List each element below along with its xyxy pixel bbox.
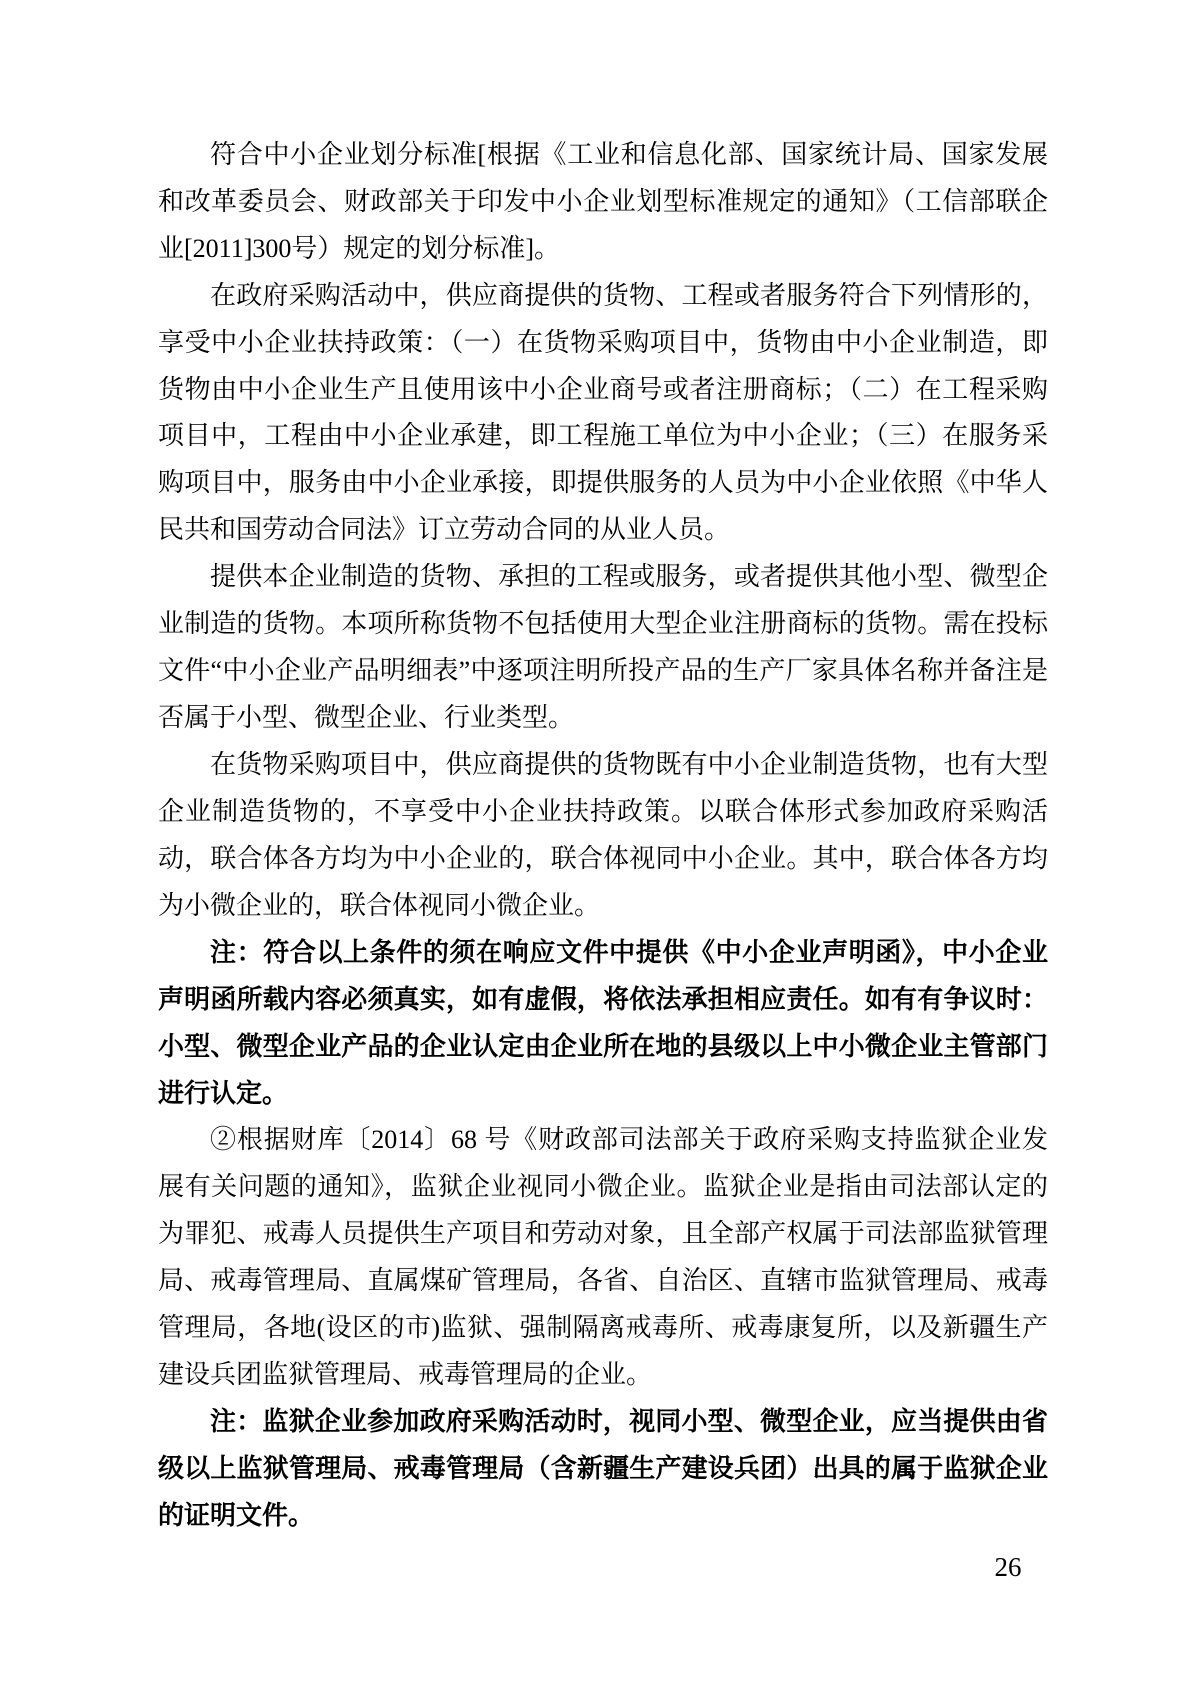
paragraph-goods-definition: 提供本企业制造的货物、承担的工程或服务，或者提供其他小型、微型企业制造的货物。本… [158,554,1048,742]
paragraph-smb-classification-standard: 符合中小企业划分标准[根据《工业和信息化部、国家统计局、国家发展和改革委员会、财… [158,132,1048,273]
document-body: 符合中小企业划分标准[根据《工业和信息化部、国家统计局、国家发展和改革委员会、财… [158,132,1048,1539]
document-page: 符合中小企业划分标准[根据《工业和信息化部、国家统计局、国家发展和改革委员会、财… [0,0,1190,1682]
paragraph-note-prison-enterprise-certificate: 注：监狱企业参加政府采购活动时，视同小型、微型企业，应当提供由省级以上监狱管理局… [158,1398,1048,1539]
paragraph-note-smb-declaration: 注：符合以上条件的须在响应文件中提供《中小企业声明函》，中小企业声明函所载内容必… [158,929,1048,1117]
page-number: 26 [958,1552,1058,1583]
paragraph-prison-enterprise-definition: ②根据财库〔2014〕68 号《财政部司法部关于政府采购支持监狱企业发展有关问题… [158,1117,1048,1398]
paragraph-mixed-goods-and-consortium: 在货物采购项目中，供应商提供的货物既有中小企业制造货物，也有大型企业制造货物的，… [158,742,1048,930]
paragraph-smb-support-policy-conditions: 在政府采购活动中，供应商提供的货物、工程或者服务符合下列情形的，享受中小企业扶持… [158,273,1048,554]
